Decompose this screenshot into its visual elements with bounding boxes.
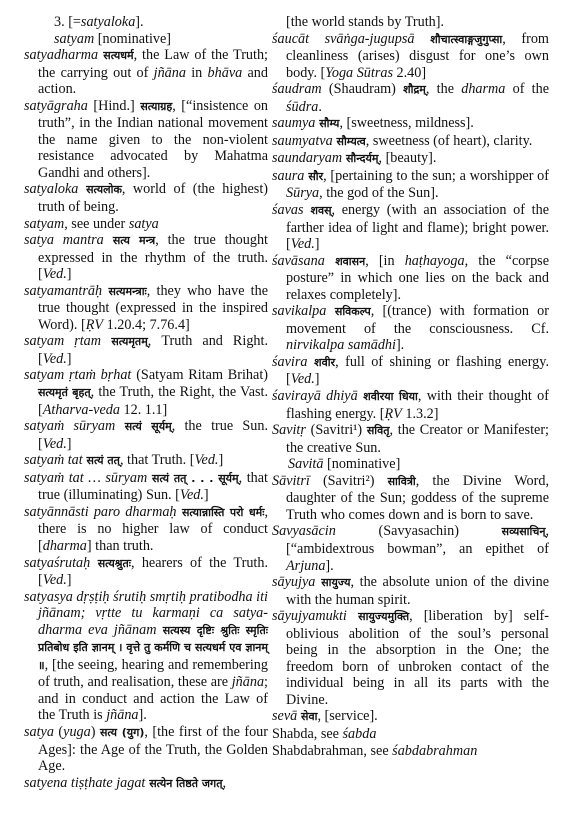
devanagari-term: सत्य मन्त्र	[104, 234, 155, 247]
italic-term: śūdra	[286, 99, 318, 115]
glossary-entry: satyasya dṛṣṭiḥ śrutiḥ smṛtiḥ pratibodha…	[24, 589, 268, 724]
entry-text: (Satyam Ritam Brihat)	[131, 367, 268, 383]
entry-text: ].	[325, 558, 333, 574]
devanagari-term: सत्यमृतम्	[101, 335, 148, 348]
devanagari-term: सविकल्प	[326, 305, 370, 318]
italic-term: satya	[24, 724, 54, 740]
entry-text: Shabdabrahman, see	[272, 743, 392, 759]
entry-text: ]	[67, 572, 72, 588]
italic-term: satyam ṛtam	[24, 333, 101, 349]
italic-term: Sūrya	[286, 185, 319, 201]
devanagari-term: सत्यमृतं बृहत्	[38, 386, 91, 399]
italic-term: Atharva-veda	[43, 402, 120, 418]
italic-term: satyam,	[24, 216, 68, 232]
devanagari-term: सत्य (युग)	[100, 726, 144, 739]
glossary-entry: Savitṛ (Savitri¹) सवितृ, the Creator or …	[272, 422, 549, 456]
devanagari-term: सत्यं सूर्यम्	[115, 420, 171, 433]
glossary-entry: śaucāt svāṅga-jugupsā शौचात्स्वाङ्गजुगुप…	[272, 31, 549, 82]
italic-term: sāyujyamukti	[272, 608, 347, 624]
italic-term: satyaṁ tat	[24, 452, 83, 468]
glossary-entry: satya (yuga) सत्य (युग), [the first of t…	[24, 724, 268, 775]
glossary-entry: śavirayā dhiyā शवीरया धिया, with their t…	[272, 388, 549, 422]
italic-term: satyena tiṣṭhate jagat	[24, 775, 145, 791]
entry-text: ].	[396, 337, 404, 353]
italic-term: satyaloka	[24, 181, 78, 197]
glossary-entry: satyaloka सत्यलोक, world of (the highest…	[24, 181, 268, 215]
glossary-entry: Shabdabrahman, see śabdabrahman	[272, 743, 549, 760]
italic-term: satyaloka	[81, 14, 135, 30]
italic-term: Ved.	[194, 452, 218, 468]
glossary-entry: satyadharma सत्यधर्म, the Law of the Tru…	[24, 47, 268, 98]
glossary-entry: Shabda, see śabda	[272, 726, 549, 743]
entry-text: , [in	[365, 253, 405, 269]
devanagari-term: सत्यं तत्	[83, 454, 120, 467]
devanagari-term: सत्यलोक	[78, 183, 122, 196]
devanagari-term: सत्यमन्त्राः	[102, 285, 147, 298]
italic-term: nirvikalpa samādhi	[286, 337, 396, 353]
italic-term: ṚV	[86, 317, 103, 333]
italic-term: sevā	[272, 708, 297, 724]
glossary-entry: saumyatva सौम्यत्व, sweetness (of heart)…	[272, 133, 549, 151]
devanagari-term: सत्यधर्म	[98, 49, 134, 62]
italic-term: saumya	[272, 115, 315, 131]
entry-text: [nominative]	[323, 456, 400, 472]
devanagari-term: सेवा	[297, 710, 317, 723]
entry-text: (Savyasachin)	[336, 523, 502, 539]
italic-term: saumyatva	[272, 133, 333, 149]
italic-term: Savitṛ	[272, 422, 306, 438]
italic-term: Arjuna	[286, 558, 325, 574]
italic-term: saura	[272, 168, 304, 184]
italic-term: satyam ṛtaṁ bṛhat	[24, 367, 131, 383]
glossary-entry: 3. [=satyaloka].	[24, 14, 268, 31]
italic-term: saundaryam	[272, 150, 342, 166]
glossary-entry: satyamantrāḥ सत्यमन्त्राः, they who have…	[24, 283, 268, 334]
italic-term: Sāvitrī	[272, 473, 310, 489]
entry-text: 3. [=	[54, 14, 81, 30]
italic-term: dharma	[461, 81, 505, 97]
glossary-entry: saumya सौम्य, [sweetness, mildness].	[272, 115, 549, 133]
glossary-entry: sāyujyamukti सायुज्यमुक्ति, [liberation …	[272, 608, 549, 708]
devanagari-term: शवीर	[307, 356, 335, 369]
entry-text: , that Truth. [	[120, 452, 195, 468]
devanagari-term: शौद्रम्	[403, 83, 426, 96]
glossary-entry: Savyasācin (Savyasachin) सव्यसाचिन्, [“a…	[272, 523, 549, 574]
entry-text: [the world stands by Truth].	[286, 14, 444, 30]
italic-term: jñāna	[232, 674, 264, 690]
italic-term: satyaśrutaḥ	[24, 555, 90, 571]
italic-term: satya mantra	[24, 232, 104, 248]
italic-term: śabdabrahman	[392, 743, 477, 759]
devanagari-term: सत्यश्रुतः	[90, 557, 131, 570]
entry-text: , [beauty].	[378, 150, 436, 166]
glossary-entry: saundaryam सौन्दर्यम्, [beauty].	[272, 150, 549, 168]
entry-text: in	[186, 65, 208, 81]
left-column: 3. [=satyaloka].satyam [nominative]satya…	[24, 14, 268, 792]
italic-term: Ved.	[43, 436, 67, 452]
italic-term: satyāgraha	[24, 98, 88, 114]
devanagari-term: सौन्दर्यम्	[342, 152, 378, 165]
devanagari-term: सौम्यत्व	[333, 135, 366, 148]
glossary-entry: śavira शवीर, full of shining or flashing…	[272, 354, 549, 388]
devanagari-term: सावित्री	[388, 475, 416, 488]
glossary-entry: śavāsana शवासन, [in haṭhayoga, the “corp…	[272, 253, 549, 304]
glossary-entry: sevā सेवा, [service].	[272, 708, 549, 726]
italic-term: Savyasācin	[272, 523, 336, 539]
entry-text: , [pertaining to the sun; a worshipper o…	[323, 168, 549, 184]
entry-text: (Savitri²)	[310, 473, 388, 489]
entry-text: , the god of the Sun].	[319, 185, 438, 201]
entry-text: , sweetness (of heart), clarity.	[366, 133, 533, 149]
italic-term: savikalpa	[272, 303, 326, 319]
italic-term: śaucāt svāṅga-jugupsā	[272, 31, 414, 47]
devanagari-term: शवीरया धिया	[358, 390, 418, 403]
devanagari-term: शवासन	[325, 255, 365, 268]
entry-text: ]	[315, 371, 320, 387]
glossary-entry: satyaṁ tat सत्यं तत्, that Truth. [Ved.]	[24, 452, 268, 470]
devanagari-term: सत्यान्नास्ति परो धर्मः	[177, 506, 265, 519]
devanagari-term: सत्येन तिष्ठते जगत्	[145, 777, 222, 790]
entry-text: ]	[67, 266, 72, 282]
entry-text: 1.20.4; 7.76.4]	[103, 317, 190, 333]
entry-text: ]	[204, 487, 209, 503]
italic-term: ṚV	[385, 406, 402, 422]
italic-term: satyānnāsti paro dharmaḥ	[24, 504, 177, 520]
glossary-entry: satya mantra सत्य मन्त्र, the true thoug…	[24, 232, 268, 283]
entry-text: (Savitri¹)	[306, 422, 367, 438]
entry-text: see under	[68, 216, 129, 232]
italic-term: bhāva	[208, 65, 243, 81]
italic-term: Ved.	[291, 371, 315, 387]
entry-text: ].	[135, 14, 143, 30]
entry-text: [nominative]	[94, 31, 171, 47]
entry-text: , [sweetness, mildness].	[339, 115, 473, 131]
devanagari-term: सायुज्यमुक्ति	[347, 610, 409, 623]
italic-term: śavas	[272, 202, 304, 218]
entry-text: [Hind.]	[88, 98, 140, 114]
italic-term: śavāsana	[272, 253, 325, 269]
italic-term: satyam	[54, 31, 94, 47]
devanagari-term: सौर	[304, 170, 323, 183]
entry-text: ]	[67, 351, 72, 367]
glossary-entry: satyaṁ sūryam सत्यं सूर्यम्, the true Su…	[24, 418, 268, 452]
italic-term: haṭhayoga	[405, 253, 465, 269]
devanagari-term: सायुज्य	[315, 576, 350, 589]
entry-text: (	[54, 724, 63, 740]
italic-term: satyaṁ sūryam	[24, 418, 115, 434]
entry-text: )	[91, 724, 100, 740]
glossary-entry: Savitā [nominative]	[272, 456, 549, 473]
italic-term: śavirayā dhiyā	[272, 388, 358, 404]
glossary-entry: saura सौर, [pertaining to the sun; a wor…	[272, 168, 549, 202]
glossary-entry: satyam ṛtam सत्यमृतम्, Truth and Right. …	[24, 333, 268, 367]
entry-text: ] than truth.	[87, 538, 154, 554]
devanagari-term: सत्यं तत् . . . सूर्यम्	[147, 472, 238, 485]
entry-text: of the	[505, 81, 549, 97]
italic-term: Yoga Sūtras	[325, 65, 393, 81]
italic-term: śabda	[343, 726, 377, 742]
italic-term: satyamantrāḥ	[24, 283, 102, 299]
glossary-entry: [the world stands by Truth].	[272, 14, 549, 31]
entry-text: 1.3.2]	[402, 406, 439, 422]
italic-term: jñāna	[106, 707, 138, 723]
devanagari-term: सत्याग्रह	[140, 100, 172, 113]
glossary-entry: satyam ṛtaṁ bṛhat (Satyam Ritam Brihat) …	[24, 367, 268, 418]
italic-term: satya	[129, 216, 159, 232]
glossary-entry: sāyujya सायुज्य, the absolute union of t…	[272, 574, 549, 608]
entry-text: (Shaudram)	[322, 81, 403, 97]
glossary-entry: satyaśrutaḥ सत्यश्रुतः, hearers of the T…	[24, 555, 268, 589]
glossary-entry: satyāgraha [Hind.] सत्याग्रह, [“insisten…	[24, 98, 268, 182]
italic-term: Ved.	[43, 572, 67, 588]
devanagari-term: सौम्य	[315, 117, 339, 130]
entry-text: ]	[315, 236, 320, 252]
glossary-entry: satyam, see under satya	[24, 216, 268, 233]
italic-term: Ved.	[43, 266, 67, 282]
italic-term: satyaṁ tat … sūryam	[24, 470, 147, 486]
entry-text: ]	[67, 436, 72, 452]
glossary-entry: savikalpa सविकल्प, [(trance) with format…	[272, 303, 549, 354]
italic-term: śavira	[272, 354, 307, 370]
italic-term: Ved.	[291, 236, 315, 252]
glossary-entry: Sāvitrī (Savitri²) सावित्री, the Divine …	[272, 473, 549, 524]
entry-text: .	[318, 99, 322, 115]
italic-term: yuga	[63, 724, 91, 740]
entry-text: ]	[218, 452, 223, 468]
glossary-entry: satyaṁ tat … sūryam सत्यं तत् . . . सूर्…	[24, 470, 268, 504]
right-column: [the world stands by Truth].śaucāt svāṅg…	[272, 14, 549, 759]
entry-text: ].	[139, 707, 147, 723]
italic-term: dharma	[43, 538, 87, 554]
glossary-entry: śaudram (Shaudram) शौद्रम्, the dharma o…	[272, 81, 549, 115]
italic-term: satyadharma	[24, 47, 98, 63]
devanagari-term: शौचात्स्वाङ्गजुगुप्सा	[414, 33, 502, 46]
italic-term: śaudram	[272, 81, 322, 97]
italic-term: jñāna	[154, 65, 186, 81]
entry-text: Shabda, see	[272, 726, 343, 742]
italic-term: Savitā	[288, 456, 323, 472]
glossary-entry: satyam [nominative]	[24, 31, 268, 48]
devanagari-term: शवस्	[304, 204, 332, 217]
entry-text: , [service].	[317, 708, 377, 724]
entry-text: ,	[222, 775, 226, 791]
glossary-entry: satyānnāsti paro dharmaḥ सत्यान्नास्ति प…	[24, 504, 268, 555]
italic-term: Ved.	[180, 487, 204, 503]
glossary-entry: śavas शवस्, energy (with an association …	[272, 202, 549, 253]
italic-term: Ved.	[43, 351, 67, 367]
entry-text: , the	[426, 81, 461, 97]
devanagari-term: सव्यसाचिन्	[502, 525, 546, 538]
glossary-entry: satyena tiṣṭhate jagat सत्येन तिष्ठते जग…	[24, 775, 268, 793]
devanagari-term: सवितृ	[367, 424, 390, 437]
entry-text: 2.40]	[393, 65, 426, 81]
italic-term: sāyujya	[272, 574, 315, 590]
entry-text: 12. 1.1]	[120, 402, 167, 418]
